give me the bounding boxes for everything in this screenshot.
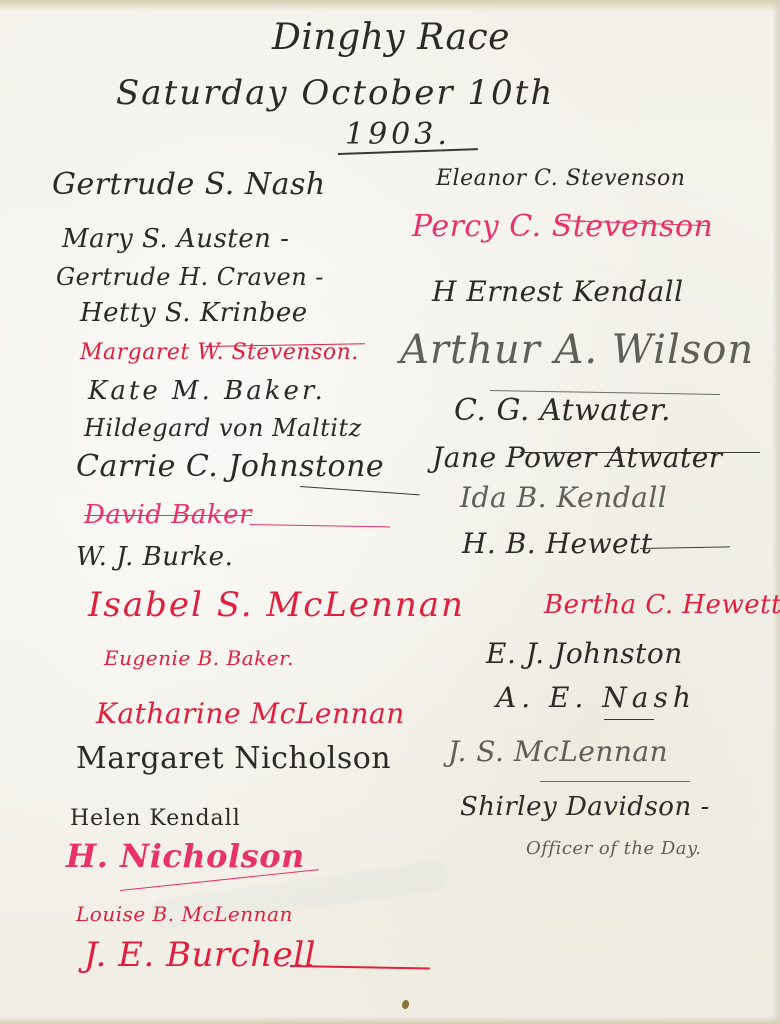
- signature: Gertrude H. Craven -: [56, 265, 324, 289]
- signature: C. G. Atwater.: [454, 396, 671, 426]
- signature: Percy C. Stevenson: [412, 212, 713, 242]
- signature: Hetty S. Krinbee: [80, 300, 308, 326]
- officer-note: Officer of the Day.: [526, 840, 701, 858]
- page-edge-bottom: [0, 1016, 780, 1024]
- signature-flourish: [300, 486, 420, 495]
- signature: David Baker: [84, 502, 252, 528]
- signature-flourish: [640, 546, 730, 549]
- signature: Katharine McLennan: [96, 700, 405, 728]
- page-edge-right: [772, 0, 780, 1024]
- signature: Ida B. Kendall: [460, 484, 667, 512]
- signature: Louise B. McLennan: [76, 904, 293, 924]
- signature: W. J. Burke.: [76, 544, 233, 570]
- signature: Carrie C. Johnstone: [76, 452, 384, 482]
- signature: A. E. Nash: [496, 684, 696, 712]
- signature: Helen Kendall: [70, 808, 241, 830]
- signature: Hildegard von Maltitz: [84, 416, 362, 440]
- signature: Eleanor C. Stevenson: [436, 168, 685, 190]
- page-edge-top: [0, 0, 780, 10]
- signature: H Ernest Kendall: [432, 278, 684, 306]
- date-line: Saturday October 10th: [116, 76, 554, 110]
- signature-flourish: [604, 719, 654, 720]
- signature: Arthur A. Wilson: [400, 330, 754, 370]
- signature: Mary S. Austen -: [62, 226, 289, 252]
- signature: Kate M. Baker.: [88, 378, 326, 404]
- guestbook-page: Dinghy Race Saturday October 10th 1903. …: [0, 0, 780, 1024]
- page-title: Dinghy Race: [272, 20, 510, 56]
- signature: J. S. McLennan: [448, 738, 668, 766]
- signature: H. Nicholson: [66, 840, 305, 872]
- signature: Eugenie B. Baker.: [104, 648, 294, 668]
- signature: Shirley Davidson -: [460, 794, 710, 820]
- signature: Gertrude S. Nash: [52, 170, 326, 200]
- signature: Bertha C. Hewett.: [544, 592, 780, 618]
- signature: E. J. Johnston: [486, 640, 683, 668]
- signature-flourish: [520, 452, 760, 453]
- signature-flourish: [540, 781, 690, 782]
- signature: Margaret Nicholson: [76, 744, 391, 774]
- signature: Jane Power Atwater: [432, 444, 723, 472]
- paper-stain: [401, 999, 411, 1010]
- signature: J. E. Burchell: [84, 938, 316, 972]
- year: 1903.: [345, 120, 451, 150]
- signature: H. B. Hewett: [462, 530, 653, 558]
- signature: Isabel S. McLennan: [88, 588, 465, 622]
- signature-flourish: [250, 524, 390, 527]
